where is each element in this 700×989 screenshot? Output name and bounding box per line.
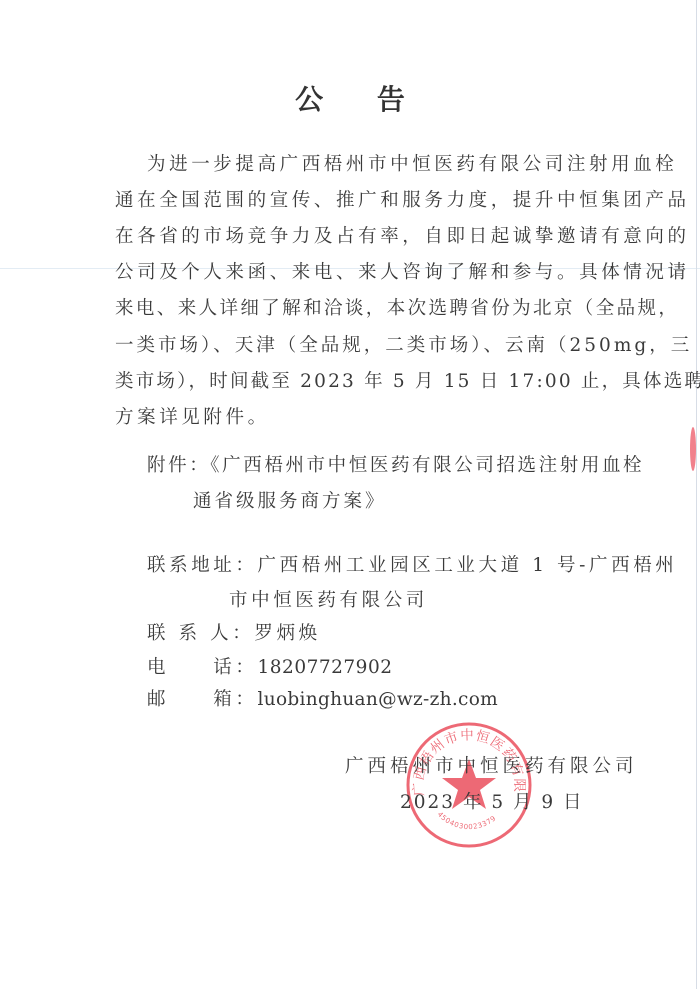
body-paragraph-line: 方案详见附件。 bbox=[115, 406, 595, 430]
page-edge-line bbox=[696, 0, 697, 989]
attachment-line: 附件：《广西梧州市中恒医药有限公司招选注射用血栓 bbox=[147, 454, 644, 478]
email-label: 邮 箱： bbox=[147, 688, 258, 712]
signature-company: 广西梧州市中恒医药有限公司 bbox=[345, 752, 638, 778]
contact-address-row: 联系地址：广西梧州工业园区工业大道 1 号-广西梧州 bbox=[147, 554, 677, 578]
address-label: 联系地址： bbox=[147, 554, 258, 578]
contact-email-row: 邮 箱：luobinghuan@wz-zh.com bbox=[147, 688, 498, 712]
phone-value: 18207727902 bbox=[258, 657, 393, 678]
contact-person-row: 联 系 人：罗炳焕 bbox=[147, 622, 321, 646]
contact-person-value: 罗炳焕 bbox=[254, 623, 320, 644]
body-paragraph-line: 通在全国范围的宣传、推广和服务力度，提升中恒集团产品 bbox=[115, 189, 595, 213]
body-paragraph-line: 一类市场）、天津（全品规，二类市场）、云南（250mg，三 bbox=[115, 334, 595, 358]
contact-person-label: 联 系 人： bbox=[147, 622, 254, 646]
phone-label: 电 话： bbox=[147, 656, 258, 680]
body-paragraph-line: 来电、来人详细了解和洽谈，本次选聘省份为北京（全品规， bbox=[115, 297, 595, 321]
email-value: luobinghuan@wz-zh.com bbox=[258, 689, 498, 710]
signature-date: 2023 年 5 月 9 日 bbox=[400, 788, 584, 814]
body-paragraph-line: 在各省的市场竞争力及占有率，自即日起诚挚邀请有意向的 bbox=[115, 225, 595, 249]
body-paragraph-line: 公司及个人来函、来电、来人咨询了解和参与。具体情况请 bbox=[115, 261, 595, 285]
company-seal-stamp: 广西梧州市中恒医药有限公司 4504030023379 bbox=[405, 721, 533, 849]
address-value: 广西梧州工业园区工业大道 1 号-广西梧州 bbox=[258, 555, 678, 576]
seal-edge-mark bbox=[690, 427, 696, 471]
body-paragraph-line: 类市场），时间截至 2023 年 5 月 15 日 17:00 止，具体选聘 bbox=[115, 370, 595, 394]
page-title: 公 告 bbox=[0, 78, 700, 118]
contact-phone-row: 电 话：18207727902 bbox=[147, 656, 393, 680]
document-page: 公 告 为进一步提高广西梧州市中恒医药有限公司注射用血栓 通在全国范围的宣传、推… bbox=[0, 0, 700, 989]
body-paragraph-line: 为进一步提高广西梧州市中恒医药有限公司注射用血栓 bbox=[147, 153, 595, 177]
attachment-line: 通省级服务商方案》 bbox=[193, 490, 387, 514]
address-value-continued: 市中恒医药有限公司 bbox=[229, 589, 428, 613]
